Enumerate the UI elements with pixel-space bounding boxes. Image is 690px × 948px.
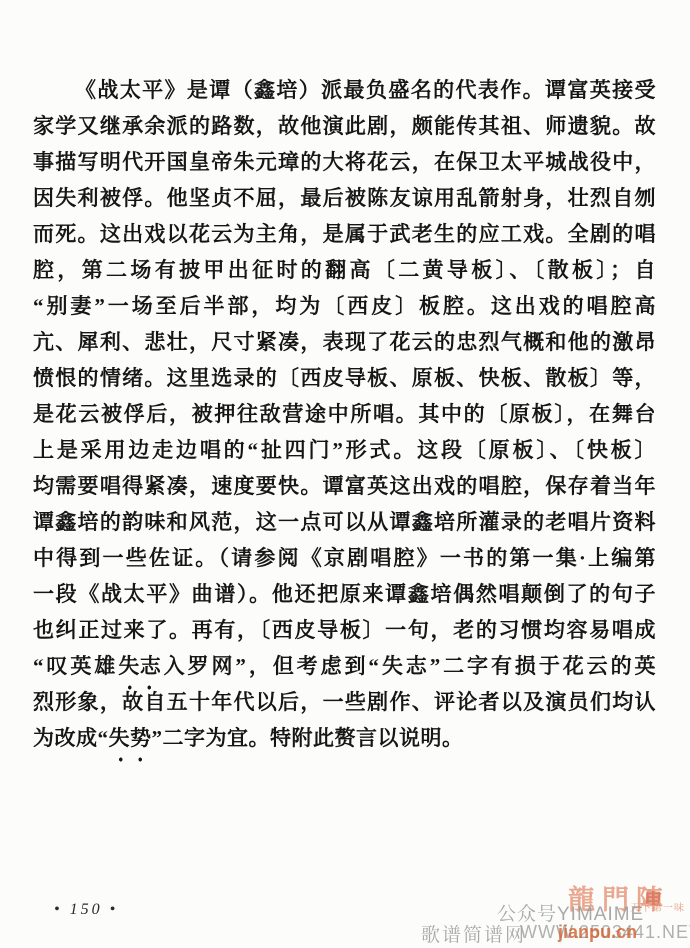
text-line: 谭鑫培的韵味和风范，这一点可以从谭鑫培所灌录的老唱片资料 — [33, 504, 656, 540]
text-line: 而死。这出戏以花云为主角，是属于武老生的应工戏。全剧的唱 — [33, 216, 656, 252]
text-line: 亢、犀利、悲壮，尺寸紧凑，表现了花云的忠烈气概和他的激昂 — [33, 324, 656, 360]
emphasis-dotted-text: 失志 — [118, 648, 161, 684]
book-page: 《战太平》是谭（鑫培）派最负盛名的代表作。谭富英接受家学又继承余派的路数，故他演… — [0, 0, 690, 948]
page-number: • 150 • — [54, 901, 118, 919]
watermark-site-name: 歌谱简谱网 — [421, 920, 526, 947]
emphasis-dotted-text: 失势 — [109, 720, 152, 756]
text-line: “别妻”一场至后半部，均为〔西皮〕板腔。这出戏的唱腔高 — [33, 288, 656, 324]
text-line: 因失利被俘。他坚贞不屈，最后被陈友谅用乱箭射身，壮烈自刎 — [33, 180, 656, 216]
text-line: 也纠正过来了。再有，〔西皮导板〕一句，老的习惯均容易唱成 — [33, 612, 656, 648]
text-line: 为改成“失势”二字为宜。特附此赘言以说明。 — [33, 720, 656, 756]
paragraph: 《战太平》是谭（鑫培）派最负盛名的代表作。谭富英接受家学又继承余派的路数，故他演… — [33, 72, 656, 756]
text-line: 《战太平》是谭（鑫培）派最负盛名的代表作。谭富英接受 — [33, 72, 656, 108]
text-line: 腔，第二场有披甲出征时的翻高〔二黄导板〕、〔散板〕；自 — [33, 252, 656, 288]
text-line: 家学又继承余派的路数，故他演此剧，颇能传其祖、师遗貌。故 — [33, 108, 656, 144]
watermark-domain-overlay: jianpu.cn — [558, 922, 637, 943]
text-line: 上是采用边走边唱的“扯四门”形式。这段〔原板〕、〔快板〕 — [33, 432, 656, 468]
text-line: “叹英雄失志入罗网”，但考虑到“失志”二字有损于花云的英 — [33, 648, 656, 684]
text-line: 事描写明代开国皇帝朱元璋的大将花云，在保卫太平城战役中， — [33, 144, 656, 180]
text-line: 愤恨的情绪。这里选录的〔西皮导板、原板、快板、散板〕等， — [33, 360, 656, 396]
text-line: 均需要唱得紧凑，速度要快。谭富英这出戏的唱腔，保存着当年 — [33, 468, 656, 504]
text-line: 是花云被俘后，被押往敌营途中所唱。其中的〔原板〕，在舞台 — [33, 396, 656, 432]
text-line: 中得到一些佐证。（请参阅《京剧唱腔》一书的第一集·上编第 — [33, 540, 656, 576]
text-line: 一段《战太平》曲谱）。他还把原来谭鑫培偶然唱颠倒了的句子 — [33, 576, 656, 612]
